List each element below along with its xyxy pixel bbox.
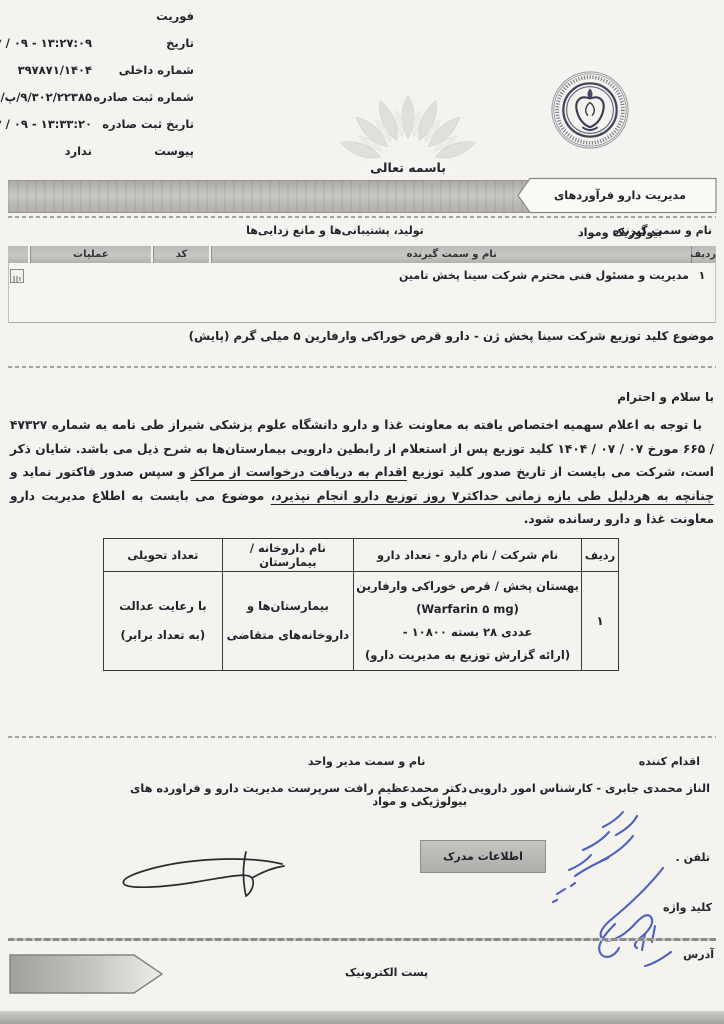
handwritten-stamp <box>545 806 695 974</box>
scanned-letter-page: فوریت تاریخ۱۴۰۴ / ۰۷ / ۰۹ - ۱۳:۲۷:۰۹ شما… <box>0 0 724 1024</box>
row-number: ۱ <box>689 269 715 282</box>
cell-company-drug: بهستان پخش / قرص خوراکی وارفارین (Warfar… <box>354 572 582 671</box>
drug-strength-line: (Warfarin ۵ mg) <box>355 598 580 621</box>
header-operations: عملیات <box>30 246 151 263</box>
department-title: مدیریت دارو فرآوردهای بیولوژیک ومواد <box>530 177 710 214</box>
outgoing-number-value: ص/۱۴۰۴/پ/۹/۳۰۲/۲۲۳۸۵ <box>0 90 92 104</box>
footer-arrow-banner <box>8 950 176 998</box>
meta-row-urgency: فوریت <box>92 9 194 23</box>
header-radif: ردیف <box>582 539 619 572</box>
subject-line: موضوع کلید توزیع شرکت سینا پخش ژن - دارو… <box>10 329 714 343</box>
internal-number-label: شماره داخلی <box>104 63 194 77</box>
manager-name: دکتر محمدعظیم رافت سرپرست مدیریت دارو و … <box>112 782 467 808</box>
urgency-label: فوریت <box>104 9 194 23</box>
company-drug-line: بهستان پخش / قرص خوراکی وارفارین <box>355 575 580 598</box>
tiny-action-glyph <box>11 273 23 285</box>
header-pharmacy-hospital: نام داروخانه / بیمارستان <box>222 539 353 572</box>
header-radif: ردیف <box>691 246 716 263</box>
internal-number-value: ۳۹۷۸۷۱/۱۴۰۴ <box>18 63 92 77</box>
horizontal-rule <box>8 938 716 941</box>
delivery-line: با رعایت عدالت <box>105 592 221 621</box>
body-paragraph: با توجه به اعلام سهمیه اختصاص یافته به م… <box>10 414 714 532</box>
actor-label: اقدام کننده <box>639 755 700 768</box>
department-banner-label: مدیریت دارو فرآوردهای بیولوژیک ومواد <box>516 177 718 214</box>
document-info-button[interactable]: اطلاعات مدرک <box>420 840 546 873</box>
row-action-icon[interactable] <box>10 269 24 283</box>
cell-radif: ۱ <box>582 572 619 671</box>
separator-line <box>8 216 716 218</box>
pharmacy-line: داروخانه‌های متقاضی <box>224 621 352 650</box>
cell-pharmacy-hospital: بیمارستان‌ها و داروخانه‌های متقاضی <box>222 572 353 671</box>
cell-delivery-count: با رعایت عدالت (به تعداد برابر) <box>104 572 223 671</box>
attachment-value: ندارد <box>65 144 92 158</box>
outgoing-date-value: ۱۴۰۴ / ۰۷ / ۰۹ - ۱۳:۳۳:۲۰ <box>0 117 92 131</box>
header-code: کد <box>153 246 210 263</box>
meta-row-date: تاریخ۱۴۰۴ / ۰۷ / ۰۹ - ۱۳:۲۷:۰۹ <box>0 36 194 50</box>
meta-row-outgoing-number: شماره ثبت صادرهص/۱۴۰۴/پ/۹/۳۰۲/۲۲۳۸۵ <box>0 90 194 104</box>
meta-row-internal-number: شماره داخلی۳۹۷۸۷۱/۱۴۰۴ <box>18 63 194 77</box>
outgoing-date-label: تاریخ ثبت صادره <box>104 117 194 131</box>
header-company-drug: نام شرکت / نام دارو - تعداد دارو <box>354 539 582 572</box>
address-label: آدرس <box>683 948 714 961</box>
attachment-label: پیوست <box>104 144 194 158</box>
separator-line <box>8 736 716 738</box>
actor-name: الناز محمدی جابری - کارشناس امور دارویی <box>468 782 710 795</box>
outgoing-number-label: شماره ثبت صادره <box>104 90 194 104</box>
receiver-section-label: نام و سمت گیرنده <box>613 224 712 237</box>
date-value: ۱۴۰۴ / ۰۷ / ۰۹ - ۱۳:۲۷:۰۹ <box>0 36 92 50</box>
distribution-table: ردیف نام شرکت / نام دارو - تعداد دارو نا… <box>103 538 619 671</box>
email-label: پست الکترونیک <box>345 966 428 979</box>
header-delivery-count: تعداد تحویلی <box>104 539 223 572</box>
receiver-table-header: ردیف نام و سمت گیرنده کد عملیات <box>8 246 716 263</box>
scan-edge-shadow <box>0 1011 724 1024</box>
date-label: تاریخ <box>104 36 194 50</box>
university-seal-icon <box>550 70 630 150</box>
meta-row-attachment: پیوستندارد <box>65 144 194 158</box>
keyword-label: کلید واژه <box>663 901 712 914</box>
drug-report-note-line: (ارائه گزارش توزیع به مدیریت دارو) <box>355 644 580 667</box>
header-spacer-cell <box>8 246 28 263</box>
body-segment-underlined: اقدام به دریافت درخواست از مراکز <box>191 465 407 479</box>
manager-label: نام و سمت مدیر واحد <box>308 755 425 768</box>
separator-line <box>8 366 716 368</box>
production-section-label: تولید، پشتیبانی‌ها و مانع زدایی‌ها <box>245 224 425 237</box>
header-receiver-name: نام و سمت گیرنده <box>211 246 691 263</box>
receiver-name: مدیریت و مسئول فنی محترم شرکت سینا پخش ت… <box>9 269 689 282</box>
salutation: با سلام و احترام <box>617 390 714 404</box>
body-segment-underlined: چنانچه به هردلیل طی بازه زمانی حداکثر۷ ر… <box>271 489 714 503</box>
delivery-line: (به تعداد برابر) <box>105 621 221 650</box>
distribution-table-row: ۱ بهستان پخش / قرص خوراکی وارفارین (Warf… <box>104 572 619 671</box>
table-row: ۱ مدیریت و مسئول فنی محترم شرکت سینا پخش… <box>9 263 715 282</box>
manager-signature <box>100 842 295 914</box>
distribution-table-header-row: ردیف نام شرکت / نام دارو - تعداد دارو نا… <box>104 539 619 572</box>
row-number: ۱ <box>583 614 617 628</box>
drug-quantity-line: - ۱۰۸۰۰ بسته‎ ۲۸ عددی <box>355 621 580 644</box>
meta-row-outgoing-date: تاریخ ثبت صادره۱۴۰۴ / ۰۷ / ۰۹ - ۱۳:۳۳:۲۰ <box>0 117 194 131</box>
pharmacy-line: بیمارستان‌ها و <box>224 592 352 621</box>
body-segment: و سپس صدور فاکتور نماید و <box>10 465 191 479</box>
receiver-table-body: ۱ مدیریت و مسئول فنی محترم شرکت سینا پخش… <box>8 263 716 323</box>
